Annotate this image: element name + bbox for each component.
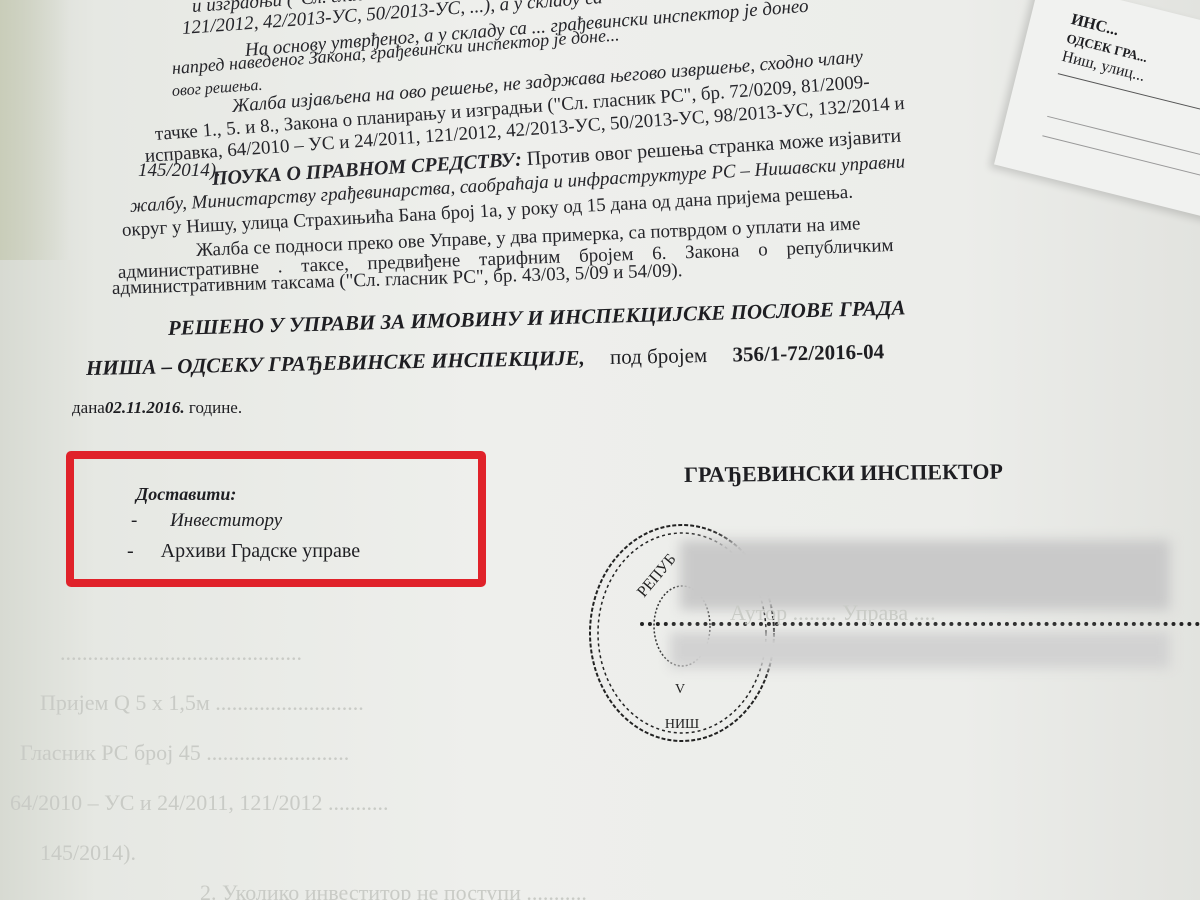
svg-text:РЕПУБ: РЕПУБ	[634, 551, 680, 601]
deliver-item: - Архиви Градске управе	[127, 540, 360, 563]
document-page: и изградњи ("Сл. гласник РС", бр. 72/200…	[0, 0, 1200, 900]
deliver-to-heading: Доставити:	[136, 484, 236, 505]
stamp-city: НИШ	[665, 717, 699, 732]
date-prefix: дана	[72, 398, 105, 417]
appeal-line: 145/2014).	[138, 160, 221, 182]
decision-line-2: НИША – ОДСЕКУ ГРАЂЕВИНСКЕ ИНСПЕКЦИЈЕ, по…	[86, 339, 885, 381]
under-number-label: под бројем	[610, 343, 708, 369]
list-dash: -	[127, 540, 134, 562]
redacted-name	[670, 632, 1170, 668]
department-name: НИША – ОДСЕКУ ГРАЂЕВИНСКЕ ИНСПЕКЦИЈЕ,	[86, 346, 585, 380]
deliver-item-label: Архиви Градске управе	[161, 540, 360, 562]
decision-line-1: РЕШЕНО У УПРАВИ ЗА ИМОВИНУ И ИНСПЕКЦИЈСК…	[168, 295, 906, 341]
list-dash: -	[131, 510, 137, 531]
deliver-item-label: Инвеститору	[170, 510, 282, 531]
decision-date: дана02.11.2016. године.	[72, 398, 242, 418]
case-number: 356/1-72/2016-04	[732, 339, 884, 366]
signature-title: ГРАЂЕВИНСКИ ИНСПЕКТОР	[684, 459, 1003, 488]
deliver-item: - Инвеститору	[131, 510, 282, 532]
document-photo: ИНС... ОДСЕК ГРА... Ниш, улиц... и изгра…	[0, 0, 1200, 900]
decision-date-value: 02.11.2016.	[105, 398, 185, 417]
date-suffix: године.	[189, 398, 242, 417]
svg-text:V: V	[675, 682, 685, 697]
